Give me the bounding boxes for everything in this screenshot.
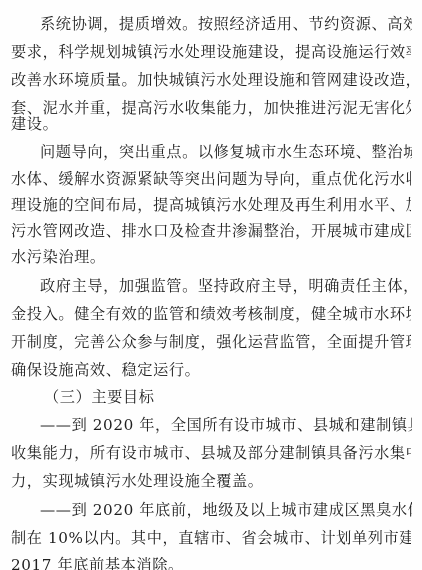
paragraph-1-line-1: 系统协调，提质增效。按照经济适用、节约资源、高效有序的 (40, 12, 412, 36)
paragraph-5-line-2: 制在 10%以内。其中，直辖市、省会城市、计划单列市建成区应于 (11, 526, 411, 550)
paragraph-5-line-1: ——到 2020 年底前，地级及以上城市建成区黑臭水体比例控 (40, 498, 412, 522)
paragraph-4-line-2: 收集能力，所有设市城市、县城及部分建制镇具备污水集中处理能 (11, 441, 411, 465)
paragraph-2-line-3: 理设施的空间布局，提高城镇污水处理及再生利用水平、加快推进 (11, 193, 411, 217)
paragraph-1-line-5: 建设。 (11, 112, 411, 136)
paragraph-3-line-3: 开制度，完善公众参与制度，强化运营监管，全面提升管理水平， (11, 330, 411, 354)
paragraph-3-line-1: 政府主导，加强监管。坚持政府主导，明确责任主体，加大资 (40, 274, 412, 298)
document-page: 系统协调，提质增效。按照经济适用、节约资源、高效有序的 要求，科学规划城镇污水处… (0, 0, 422, 570)
paragraph-4-line-3: 力，实现城镇污水处理设施全覆盖。 (11, 469, 411, 493)
paragraph-3-line-2: 金投入。健全有效的监管和绩效考核制度，健全城市水环境信息公 (11, 302, 411, 326)
paragraph-2-line-5: 水污染治理。 (11, 245, 411, 269)
paragraph-2-line-2: 水体、缓解水资源紧缺等突出问题为导向，重点优化污水收集与处 (11, 167, 411, 191)
section-heading-main-goals: （三）主要目标 (44, 385, 422, 409)
paragraph-1-line-3: 改善水环境质量。加快城镇污水处理设施和管网建设改造，厂网配 (11, 68, 411, 92)
paragraph-3-line-4: 确保设施高效、稳定运行。 (11, 358, 411, 382)
paragraph-4-line-1: ——到 2020 年，全国所有设市城市、县城和建制镇具备污水 (40, 413, 412, 437)
paragraph-5-line-3: 2017 年底前基本消除。 (11, 553, 411, 570)
paragraph-1-line-2: 要求，科学规划城镇污水处理设施建设，提高设施运行效率，有效 (11, 40, 411, 64)
paragraph-2-line-4: 污水管网改造、排水口及检查井渗漏整治，开展城市建成区初期雨 (11, 219, 411, 243)
paragraph-2-line-1: 问题导向，突出重点。以修复城市水生态环境、整治城市黑臭 (40, 140, 412, 164)
